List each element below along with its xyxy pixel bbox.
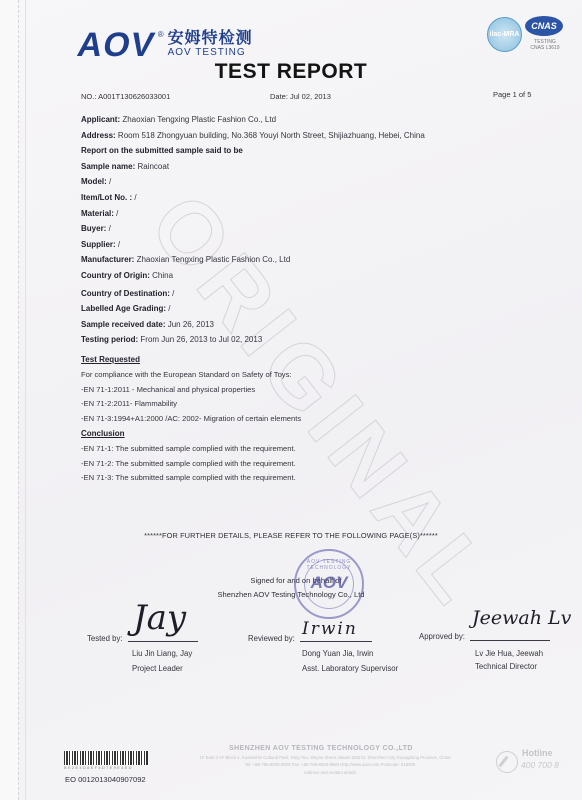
conclusion-line: -EN 71-1: The submitted sample complied … — [81, 442, 551, 457]
test-requested-heading: Test Requested — [81, 353, 551, 368]
sample-details: Applicant: Zhaoxian Tengxing Plastic Fas… — [81, 112, 551, 348]
field-manufacturer: Manufacturer: Zhaoxian Tengxing Plastic … — [81, 252, 551, 268]
test-requested-line: -EN 71-2:2011- Flammability — [81, 397, 551, 412]
field-sample-name: Sample name: Raincoat — [81, 159, 551, 175]
field-address: Address: Room 518 Zhongyuan building, No… — [81, 128, 551, 144]
test-sections: Test Requested For compliance with the E… — [81, 353, 551, 486]
signed-on-behalf: Signed for and on behalf of — [0, 576, 582, 585]
report-number: NO.: A001T130626033001 — [81, 92, 170, 101]
conclusion-heading: Conclusion — [81, 427, 551, 442]
stamp-mark: AOV — [296, 573, 362, 593]
test-requested-line: For compliance with the European Standar… — [81, 368, 551, 383]
logo-mark: AOV — [75, 30, 157, 60]
tested-by-signature: Jay — [133, 598, 186, 638]
field-model: Model: / — [81, 174, 551, 190]
reviewed-by-line — [300, 641, 372, 642]
binding-margin — [0, 0, 18, 800]
approved-by-label: Approved by: — [419, 632, 465, 641]
barcode-digits: BE2E4D8EF4D7E9E4ED — [64, 765, 148, 770]
approved-by-name: Lv Jie Hua, Jeewah — [475, 647, 543, 661]
footer-extra: Address and contact details — [165, 770, 495, 775]
reviewed-by-signature: Irwin — [302, 619, 358, 639]
approved-by-title: Technical Director — [475, 660, 537, 674]
report-page: AOV ® 安姆特检测 AOV TESTING ilac-MRA CNAS TE… — [0, 0, 582, 800]
test-requested-line: -EN 71-3:1994+A1:2000 /AC: 2002- Migrati… — [81, 412, 551, 427]
reviewed-by-title: Asst. Laboratory Supervisor — [302, 662, 398, 676]
field-country-origin: Country of Origin: China — [81, 268, 551, 284]
footer-address: 1F East 2 AF Block 4, Kuantishin Cultura… — [160, 755, 490, 760]
conclusion-line: -EN 71-2: The submitted sample complied … — [81, 457, 551, 472]
field-age-grading: Labelled Age Grading: / — [81, 301, 551, 317]
reviewed-by-label: Reviewed by: — [248, 634, 295, 643]
field-buyer: Buyer: / — [81, 221, 551, 237]
cnas-logo-icon: CNAS — [525, 16, 563, 36]
hotline-number: 400 700 8 — [521, 760, 559, 770]
barcode-icon — [64, 751, 148, 765]
footer-company-name: SHENZHEN AOV TESTING TECHNOLOGY CO.,LTD — [229, 745, 413, 752]
tested-by-line — [128, 641, 198, 642]
field-country-destination: Country of Destination: / — [81, 286, 551, 302]
tested-by-name: Liu Jin Liang, Jay — [132, 647, 192, 661]
field-report-on: Report on the submitted sample said to b… — [81, 143, 551, 159]
approved-by-line — [470, 640, 550, 641]
ilac-mra-logo-icon: ilac-MRA — [487, 17, 522, 52]
cnas-code: CNAS L3619 — [527, 45, 563, 51]
conclusion-line: -EN 71-3: The submitted sample complied … — [81, 471, 551, 486]
field-applicant: Applicant: Zhaoxian Tengxing Plastic Fas… — [81, 112, 551, 128]
registered-mark: ® — [158, 30, 164, 39]
field-received-date: Sample received date: Jun 26, 2013 — [81, 317, 551, 333]
hotline-label: Hotline — [522, 748, 553, 758]
test-requested-line: -EN 71-1:2011 - Mechanical and physical … — [81, 383, 551, 398]
company-seal-stamp: AOV TESTING TECHNOLOGY AOV — [294, 549, 364, 619]
aov-logo: AOV ® 安姆特检测 AOV TESTING — [78, 30, 253, 60]
signing-company: Shenzhen AOV Testing Technology Co., Ltd — [0, 590, 582, 599]
logo-english-name: AOV TESTING — [168, 47, 253, 58]
tested-by-title: Project Leader — [132, 662, 183, 676]
report-title: TEST REPORT — [0, 60, 582, 84]
cnas-subtitle: TESTING CNAS L3619 — [527, 39, 563, 51]
field-item-lot: Item/Lot No. : / — [81, 190, 551, 206]
footer-contact: Tel: +86-755-8600-0800 Fax: +86-755-8600… — [165, 762, 495, 767]
stamp-ring-text: AOV TESTING TECHNOLOGY — [296, 559, 362, 571]
field-testing-period: Testing period: From Jun 26, 2013 to Jul… — [81, 332, 551, 348]
page-indicator: Page 1 of 5 — [493, 90, 531, 99]
approved-by-signature: Jeewah Lv — [472, 607, 571, 629]
binding-perforation — [18, 0, 26, 800]
logo-chinese-name: 安姆特检测 — [168, 30, 253, 47]
further-details-note: ******FOR FURTHER DETAILS, PLEASE REFER … — [0, 531, 582, 540]
eo-number: EO 0012013040907092 — [65, 775, 146, 784]
reviewed-by-name: Dong Yuan Jia, Irwin — [302, 647, 373, 661]
field-material: Material: / — [81, 206, 551, 222]
tested-by-label: Tested by: — [87, 634, 123, 643]
report-date: Date: Jul 02, 2013 — [270, 92, 331, 101]
field-supplier: Supplier: / — [81, 237, 551, 253]
phone-icon — [496, 751, 518, 773]
